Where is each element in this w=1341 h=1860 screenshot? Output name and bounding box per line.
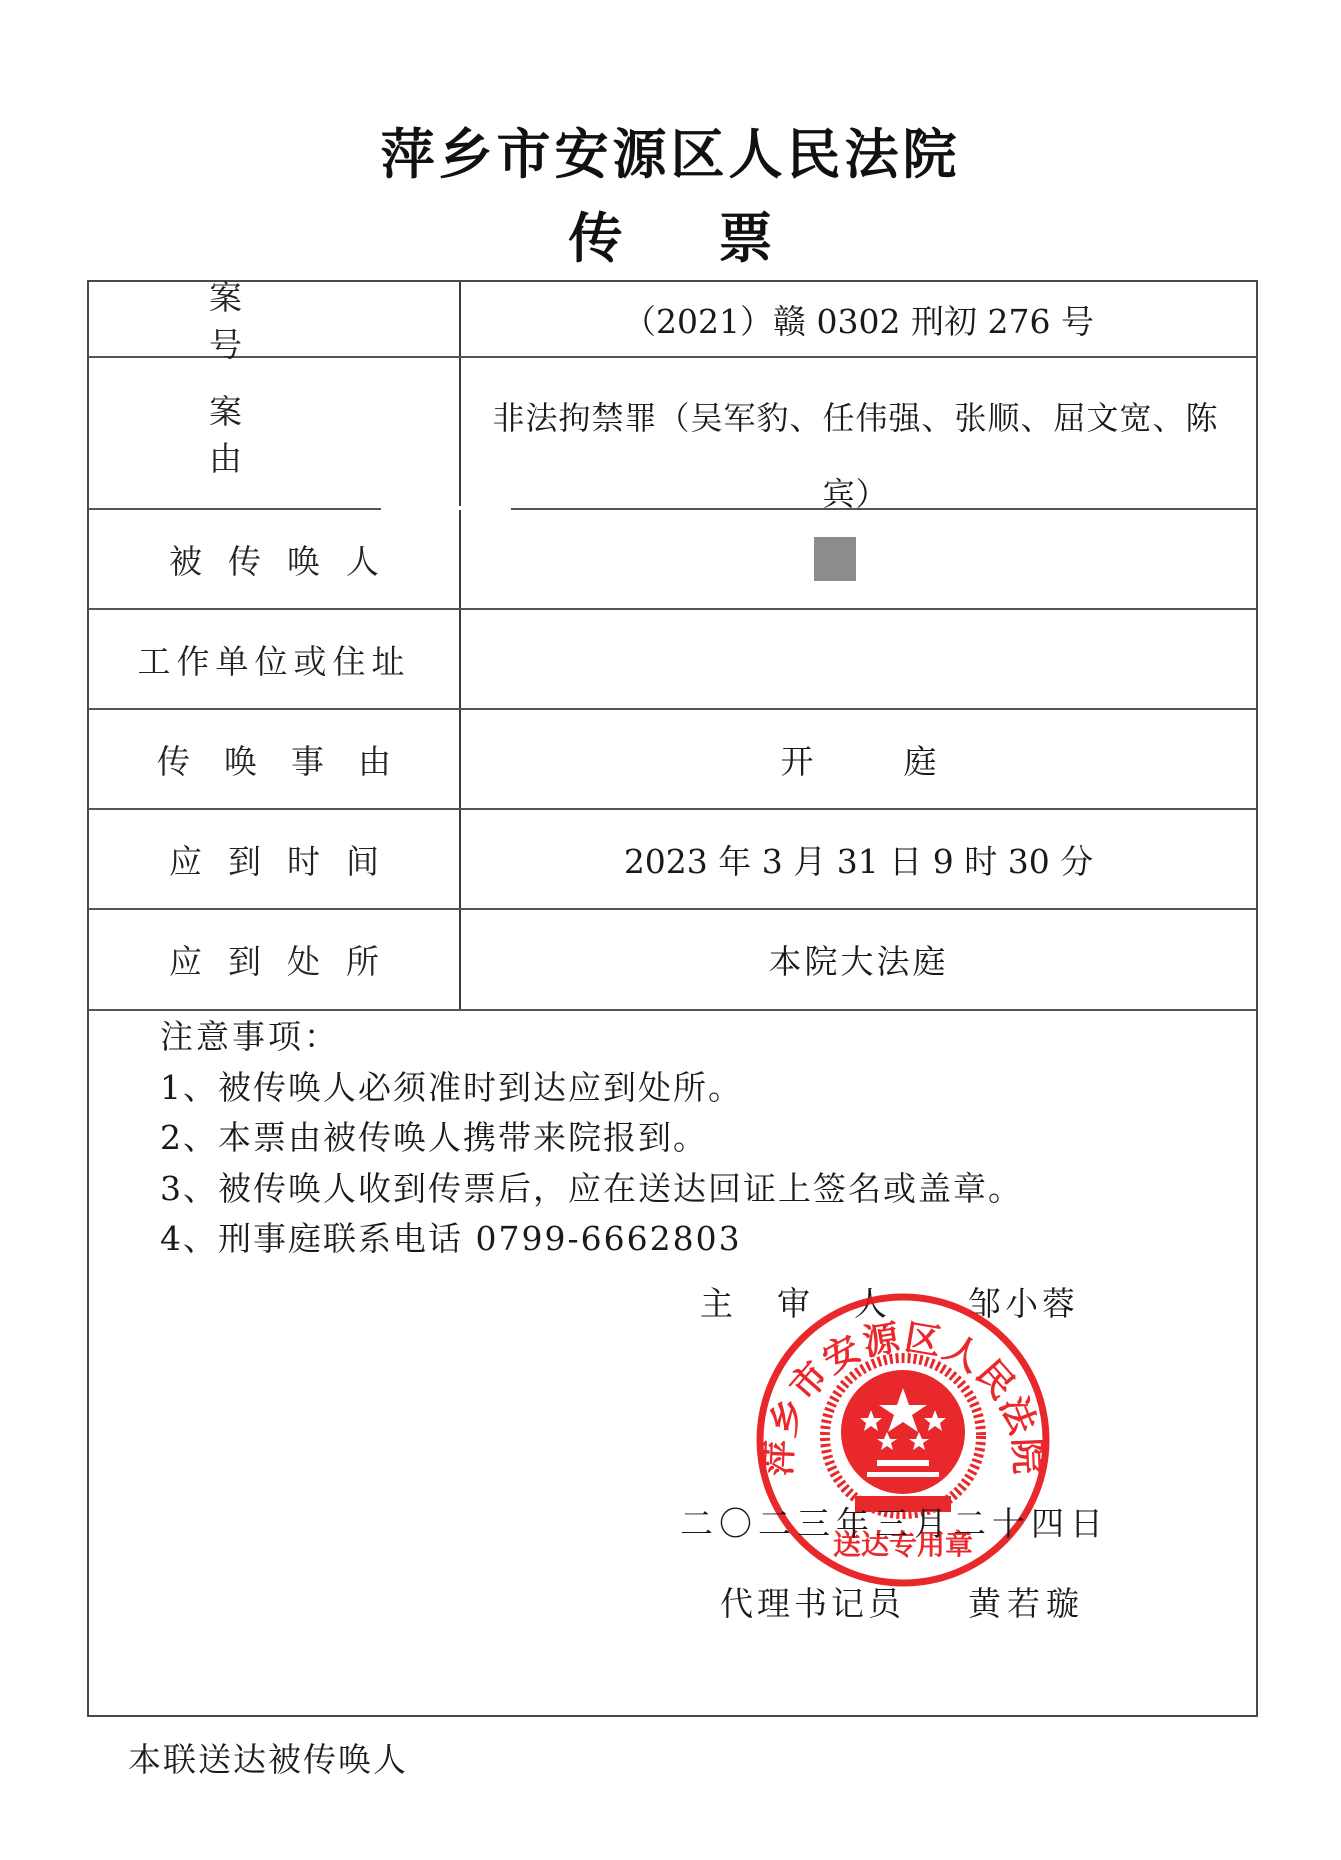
doc-type-char-1: 传 xyxy=(569,212,623,266)
value-case-number: （2021）赣 0302 刑初 276 号 xyxy=(461,282,1256,356)
label-appear-place: 应到处所 xyxy=(89,910,461,1009)
value-appear-place: 本院大法庭 xyxy=(461,910,1256,1009)
signing-date: 二〇二三年三月二十四日 xyxy=(680,1498,1109,1545)
value-summons-reason: 开庭 xyxy=(461,710,1256,808)
label-case-number: 案号 xyxy=(89,282,461,356)
delivery-copy-note: 本联送达被传唤人 xyxy=(128,1734,408,1781)
value-summoned-person xyxy=(461,510,1256,608)
value-case-cause: 非法拘禁罪（吴军豹、任伟强、张顺、屈文宽、陈宾） xyxy=(461,358,1256,530)
value-work-address xyxy=(461,610,1256,708)
value-appear-time: 2023 年 3 月 31 日 9 时 30 分 xyxy=(461,810,1256,908)
notes-title: 注意事项： xyxy=(160,1012,1023,1063)
document-type-title: 传票 xyxy=(0,212,1341,266)
label-work-address: 工作单位或住址 xyxy=(89,610,461,708)
table-row-case-number: 案号 （2021）赣 0302 刑初 276 号 xyxy=(89,282,1256,358)
table-row-appear-time: 应到时间 2023 年 3 月 31 日 9 时 30 分 xyxy=(89,810,1256,910)
table-row-summoned-person: 被传唤人 xyxy=(89,510,1256,610)
note-item: 4、刑事庭联系电话 0799-6662803 xyxy=(160,1214,1023,1265)
label-summoned-person: 被传唤人 xyxy=(89,510,461,608)
label-case-cause: 案由 xyxy=(89,358,461,508)
doc-type-char-2: 票 xyxy=(719,212,773,266)
redaction-block xyxy=(814,537,856,581)
label-appear-time: 应到时间 xyxy=(89,810,461,908)
note-item: 2、本票由被传唤人携带来院报到。 xyxy=(160,1113,1023,1164)
note-item: 3、被传唤人收到传票后，应在送达回证上签名或盖章。 xyxy=(160,1164,1023,1215)
table-row-case-cause: 案由 非法拘禁罪（吴军豹、任伟强、张顺、屈文宽、陈宾） xyxy=(89,358,1256,510)
label-summons-reason: 传唤事由 xyxy=(89,710,461,808)
note-item: 1、被传唤人必须准时到达应到处所。 xyxy=(160,1063,1023,1114)
notes-section: 注意事项： 1、被传唤人必须准时到达应到处所。 2、本票由被传唤人携带来院报到。… xyxy=(160,1012,1023,1265)
table-row-appear-place: 应到处所 本院大法庭 xyxy=(89,910,1256,1011)
table-row-work-address: 工作单位或住址 xyxy=(89,610,1256,710)
table-row-summons-reason: 传唤事由 开庭 xyxy=(89,710,1256,810)
court-name-title: 萍乡市安源区人民法院 xyxy=(0,128,1341,182)
